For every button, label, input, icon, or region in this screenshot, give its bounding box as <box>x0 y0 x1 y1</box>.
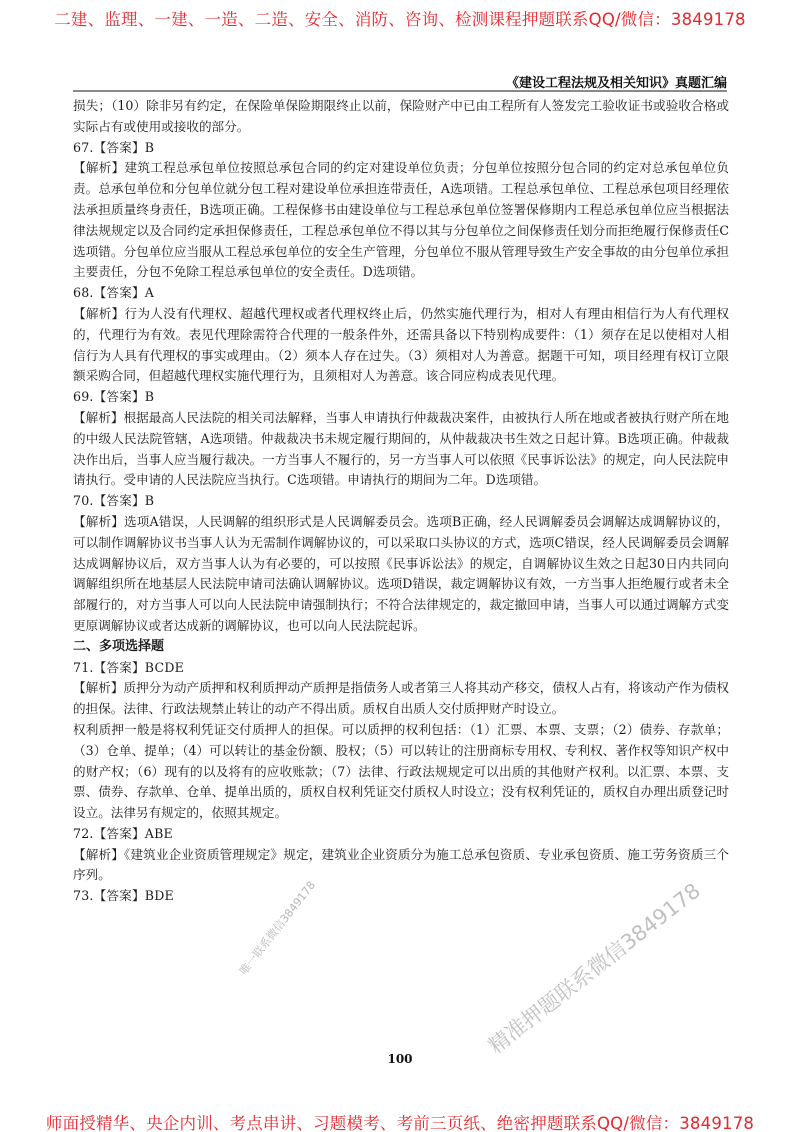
top-promo-banner: 二建、监理、一建、一造、二造、安全、消防、咨询、检测课程押题联系QQ/微信：38… <box>0 6 800 30</box>
answer-73: 73.【答案】BDE <box>73 886 729 907</box>
analysis-71-part2: 权利质押一般是将权利凭证交付质押人的担保。可以质押的权利包括：（1）汇票、本票、… <box>73 720 729 824</box>
answer-70: 70.【答案】B <box>73 491 729 512</box>
analysis-70: 【解析】选项A错误，人民调解的组织形式是人民调解委员会。选项B正确，经人民调解委… <box>73 512 729 637</box>
continuation-paragraph: 损失；（10）除非另有约定，在保险单保险期限终止以前，保险财产中已由工程所有人签… <box>73 96 729 138</box>
section-heading-multiple-choice: 二、多项选择题 <box>73 637 729 658</box>
analysis-68: 【解析】行为人没有代理权、超越代理权或者代理权终止后，仍然实施代理行为，相对人有… <box>73 304 729 387</box>
analysis-67: 【解析】建筑工程总承包单位按照总承包合同的约定对建设单位负责；分包单位按照分包合… <box>73 158 729 283</box>
analysis-71-part1: 【解析】质押分为动产质押和权利质押动产质押是指债务人或者第三人将其动产移交，债权… <box>73 678 729 720</box>
header-divider <box>73 90 727 92</box>
page-body: 损失；（10）除非另有约定，在保险单保险期限终止以前，保险财产中已由工程所有人签… <box>73 96 729 907</box>
page-number: 100 <box>0 1052 800 1066</box>
bottom-promo-banner: 师面授精华、央企内训、考点串讲、习题模考、考前三页纸、绝密押题联系QQ/微信：3… <box>0 1110 800 1132</box>
answer-71: 71.【答案】BCDE <box>73 658 729 679</box>
answer-72: 72.【答案】ABE <box>73 824 729 845</box>
answer-69: 69.【答案】B <box>73 387 729 408</box>
answer-68: 68.【答案】A <box>73 283 729 304</box>
analysis-69: 【解析】根据最高人民法院的相关司法解释，当事人申请执行仲裁裁决案件，由被执行人所… <box>73 408 729 491</box>
analysis-72: 【解析】《建筑业企业资质管理规定》规定，建筑业企业资质分为施工总承包资质、专业承… <box>73 845 729 887</box>
answer-67: 67.【答案】B <box>73 138 729 159</box>
running-header-title: 《建设工程法规及相关知识》真题汇编 <box>506 72 727 91</box>
